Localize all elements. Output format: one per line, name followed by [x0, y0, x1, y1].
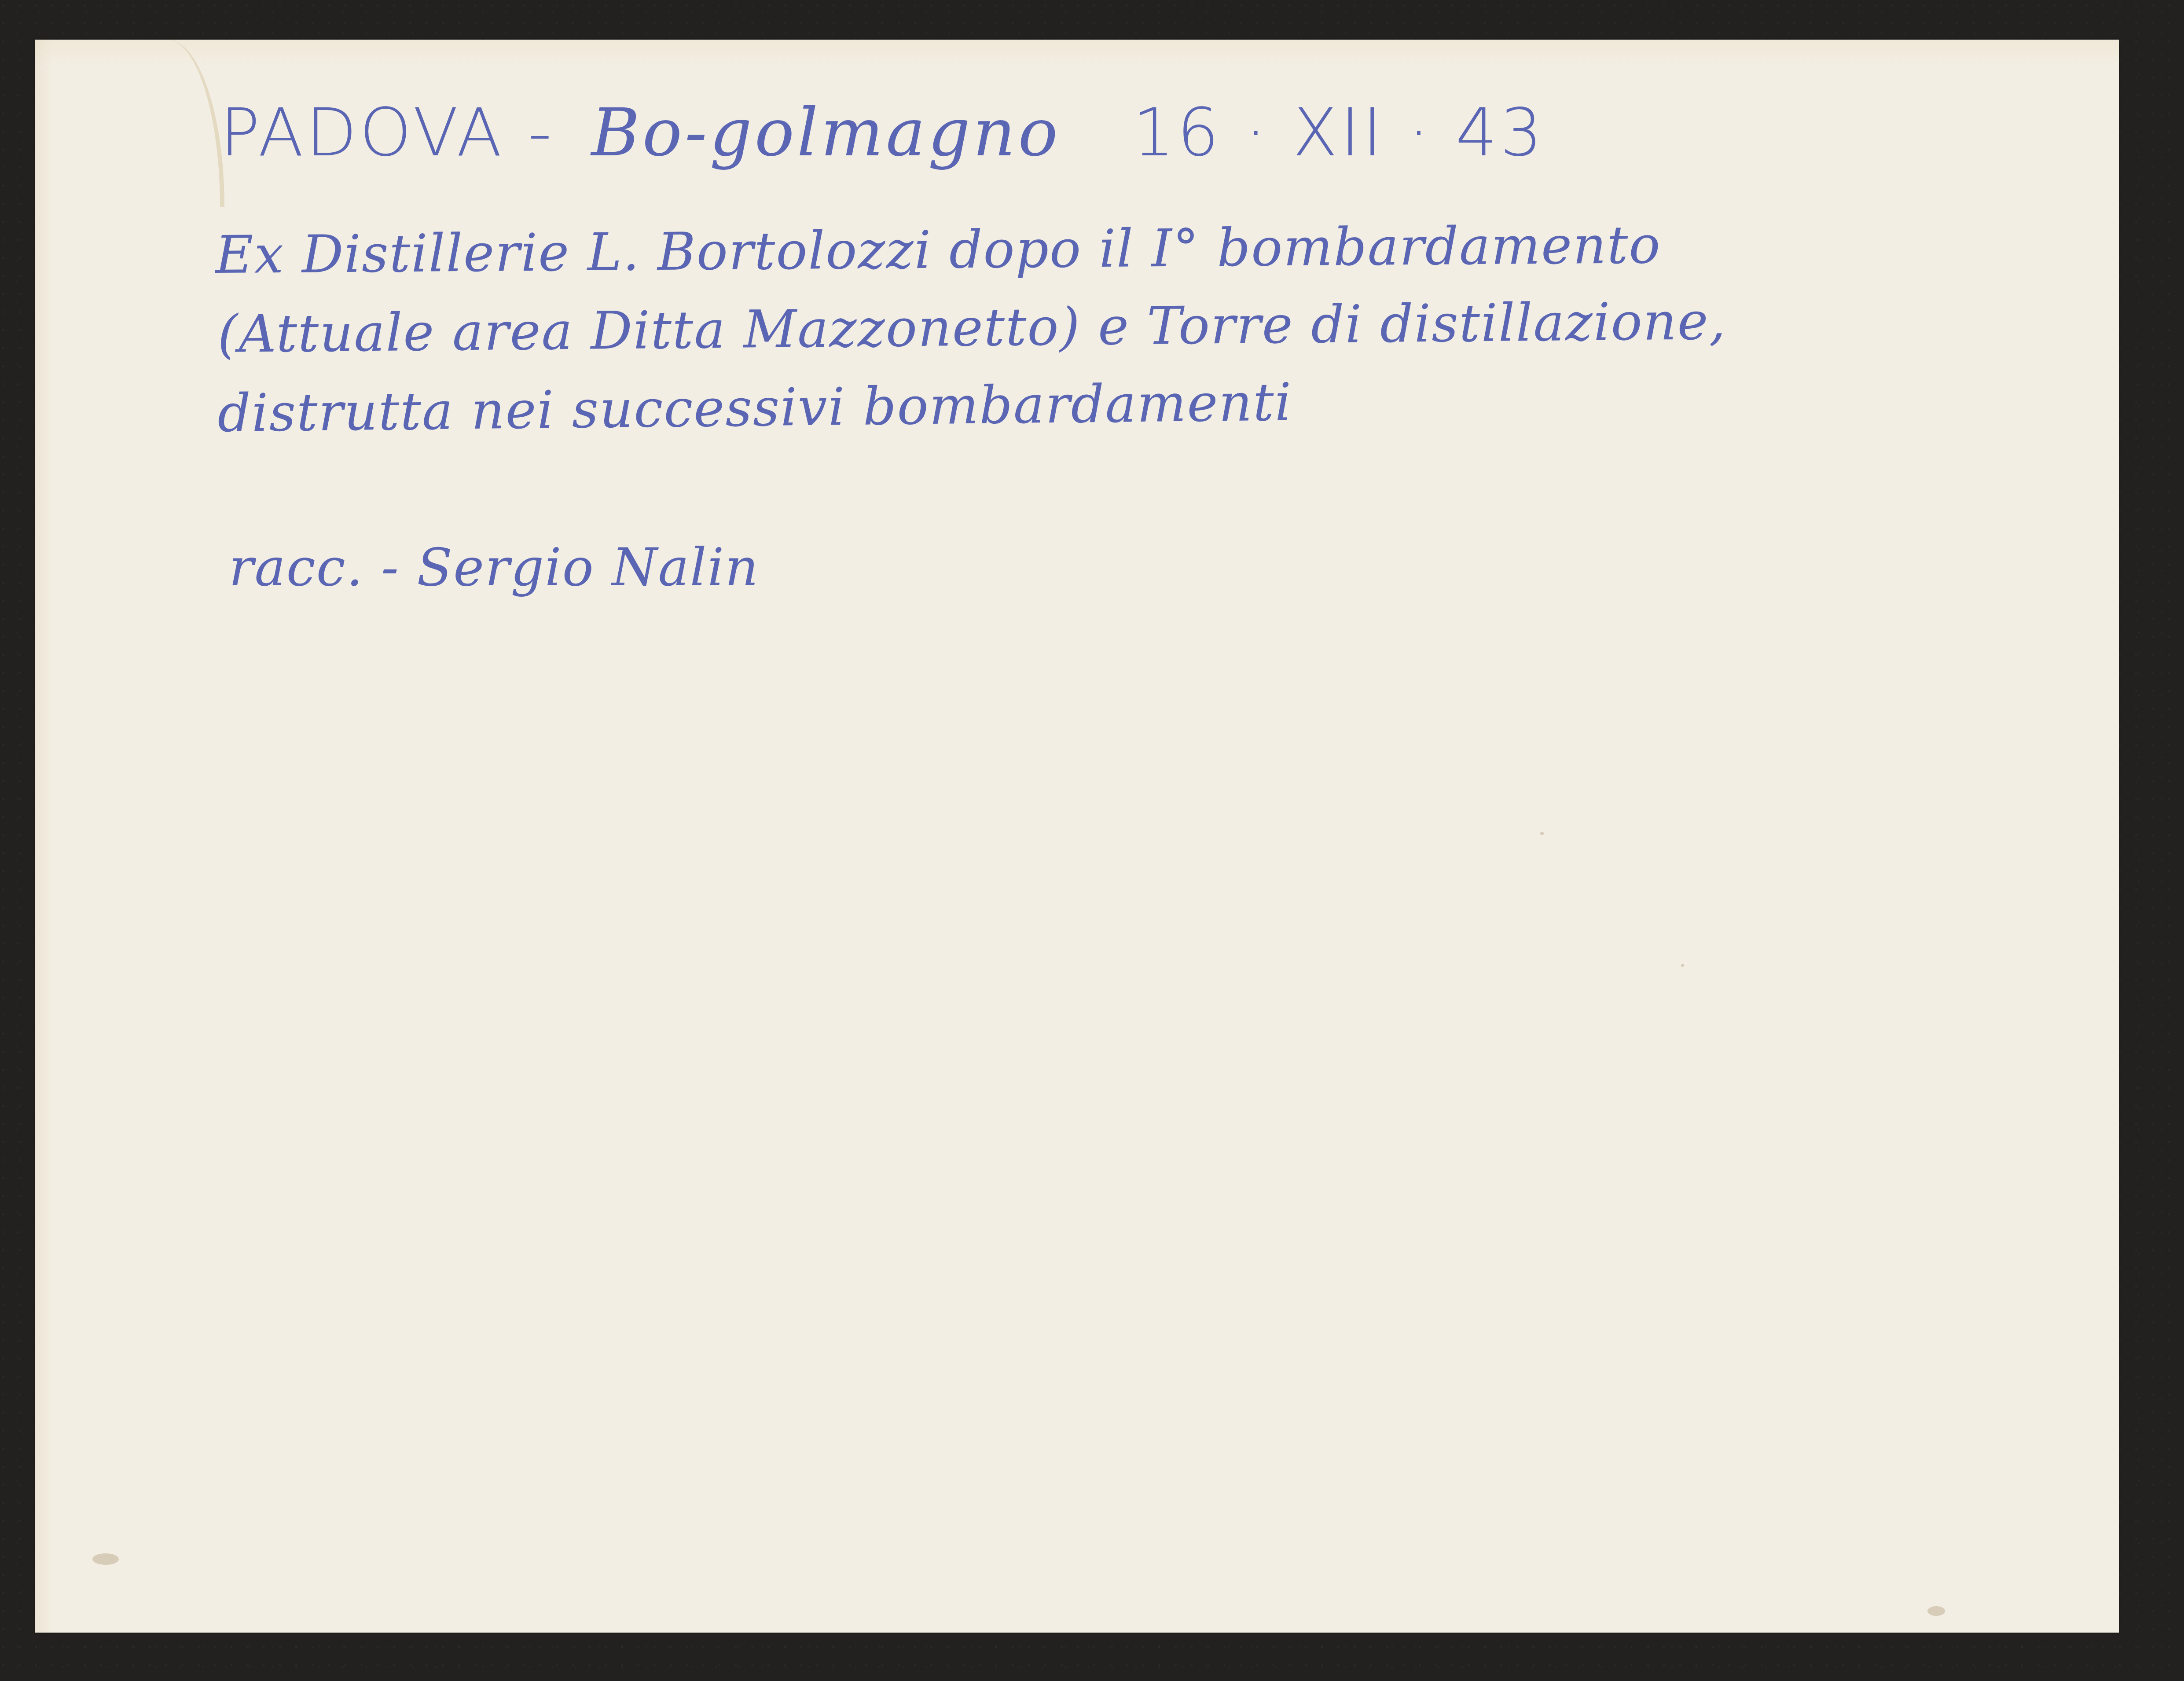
collection-signature: racc. - Sergio Nalin: [229, 537, 759, 598]
caption-title: PADOVA - Bo-golmagno 16 · XII · 43: [220, 95, 1545, 171]
caption-separator: -: [528, 95, 554, 171]
caption-line-1: Ex Distillerie L. Bortolozzi dopo il I° …: [215, 214, 1661, 285]
caption-line-2: (Attuale area Ditta Mazzonetto) e Torre …: [217, 290, 1727, 364]
caption-line-3: distrutta nei successivi bombardamenti: [217, 371, 1293, 444]
handwritten-caption: PADOVA - Bo-golmagno 16 · XII · 43 Ex Di…: [35, 40, 2119, 1633]
caption-date: 16 · XII · 43: [1132, 95, 1545, 171]
photo-back-paper: PADOVA - Bo-golmagno 16 · XII · 43 Ex Di…: [35, 40, 2119, 1633]
caption-place: PADOVA: [220, 95, 504, 171]
caption-district: Bo-golmagno: [591, 95, 1061, 171]
